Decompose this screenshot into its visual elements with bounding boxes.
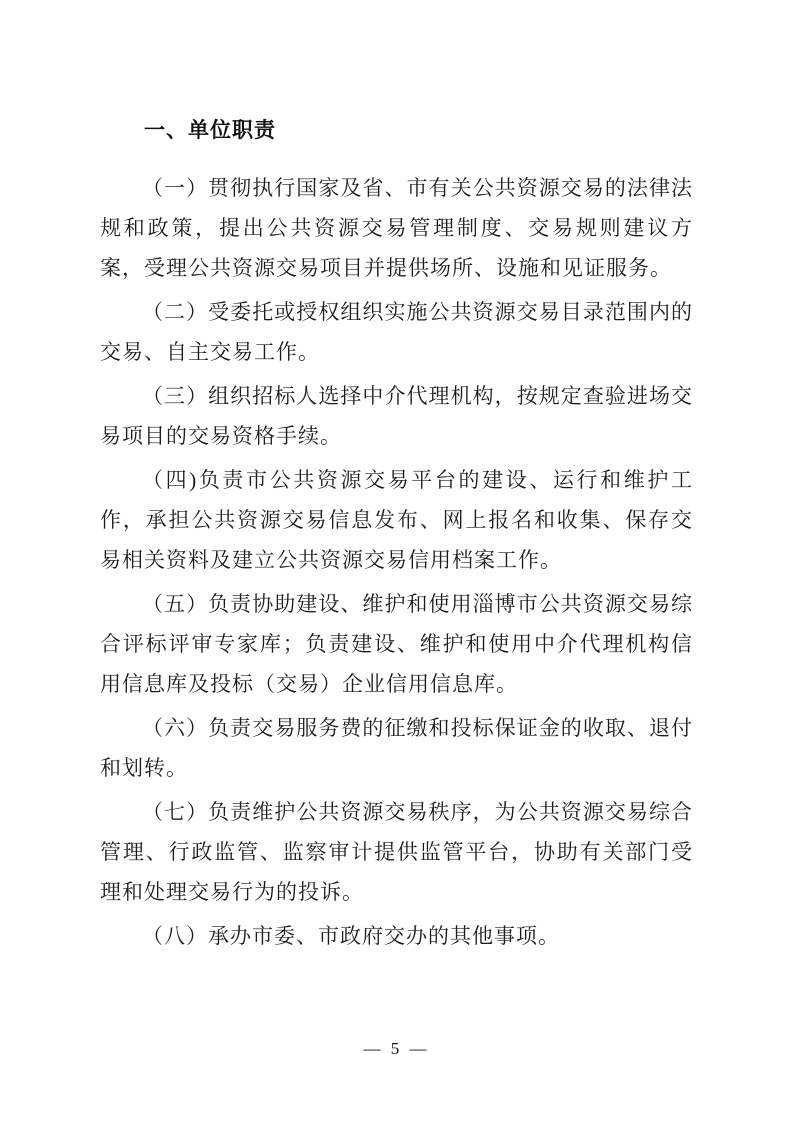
body-paragraph: （五）负责协助建设、维护和使用淄博市公共资源交易综合评标评审专家库；负责建设、维…: [100, 584, 693, 704]
section-heading: 一、单位职责: [100, 118, 693, 144]
document-body: 一、单位职责 （一）贯彻执行国家及省、市有关公共资源交易的法律法规和政策，提出公…: [100, 118, 693, 956]
body-paragraph: （四)负责市公共资源交易平台的建设、运行和维护工作，承担公共资源交易信息发布、网…: [100, 460, 693, 580]
body-paragraph: （二）受委托或授权组织实施公共资源交易目录范围内的交易、自主交易工作。: [100, 292, 693, 372]
body-paragraph: （八）承办市委、市政府交办的其他事项。: [100, 916, 693, 956]
document-page: 一、单位职责 （一）贯彻执行国家及省、市有关公共资源交易的法律法规和政策，提出公…: [0, 0, 793, 1122]
body-paragraph: （一）贯彻执行国家及省、市有关公共资源交易的法律法规和政策，提出公共资源交易管理…: [100, 168, 693, 288]
body-paragraph: （七）负责维护公共资源交易秩序，为公共资源交易综合管理、行政监管、监察审计提供监…: [100, 792, 693, 912]
body-paragraphs: （一）贯彻执行国家及省、市有关公共资源交易的法律法规和政策，提出公共资源交易管理…: [100, 168, 693, 956]
body-paragraph: （三）组织招标人选择中介代理机构，按规定查验进场交易项目的交易资格手续。: [100, 376, 693, 456]
page-number: — 5 —: [0, 1038, 793, 1060]
body-paragraph: （六）负责交易服务费的征缴和投标保证金的收取、退付和划转。: [100, 708, 693, 788]
